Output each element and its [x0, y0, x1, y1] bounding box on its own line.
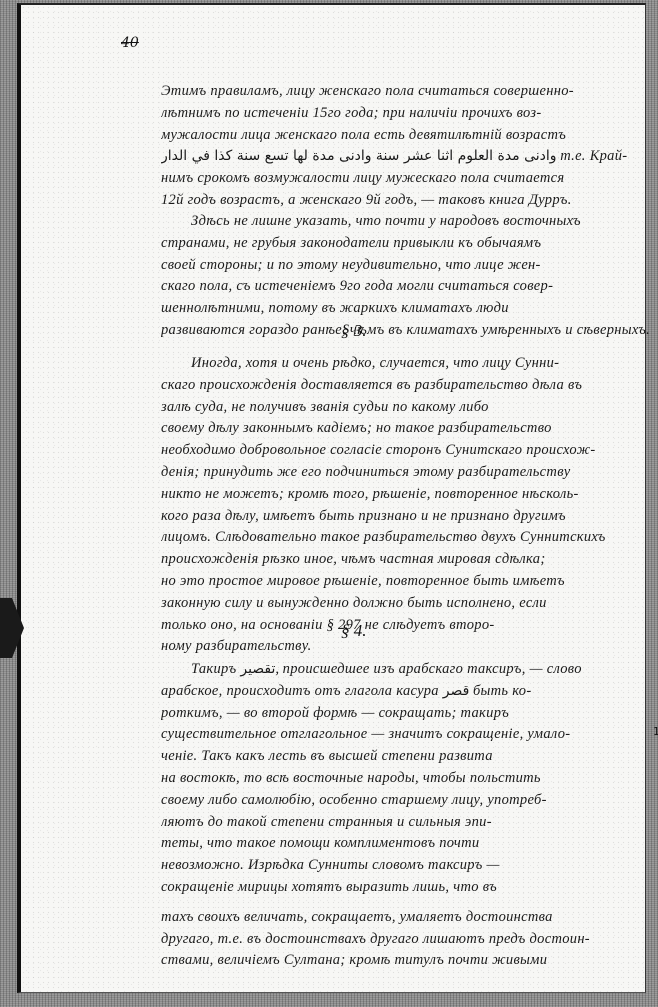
- text-fragment: Такиръ: [191, 661, 236, 677]
- text-line: нимъ срокомъ возмужалости лицу мужескаго…: [161, 168, 651, 190]
- text-line: залѣ суда, не получивъ званія судьи по к…: [161, 397, 651, 419]
- text-line: существительное отглагольное — значитъ с…: [161, 724, 651, 746]
- text-line: законную силу и вынужденно должно быть и…: [161, 593, 651, 615]
- text-line: Такиръ تقصير, происшедшее изъ арабскаго …: [161, 659, 651, 681]
- page-number: 40: [121, 35, 139, 51]
- text-line: другаго, т.е. въ достоинствахъ другаго л…: [161, 929, 651, 951]
- text-line: кого раза дѣлу, имѣетъ быть признано и н…: [161, 506, 651, 528]
- text-line: своему либо самолюбію, особенно старшему…: [161, 790, 651, 812]
- text-line: денія; принудить же его подчиниться этом…: [161, 462, 651, 484]
- section-4-body: Такиръ تقصير, происшедшее изъ арабскаго …: [161, 659, 651, 972]
- text-fragment: арабское, происходитъ отъ глагола касура: [161, 683, 439, 699]
- text-line: лѣтнимъ по истеченіи 15го года; при нали…: [161, 103, 651, 125]
- text-fragment: , происшедшее изъ арабскаго таксиръ, — с…: [275, 661, 581, 677]
- text-line: 12й годъ возрастъ, а женскаго 9й годъ, —…: [161, 190, 651, 212]
- section-3-body: Иногда, хотя и очень рѣдко, случается, ч…: [161, 353, 651, 658]
- section-3-heading: § 3.: [341, 321, 367, 341]
- arabic-quote-line: وادنى مدة العلوم اثنا عشر سنة وادنى مدة …: [161, 146, 651, 168]
- text-line: своему дѣлу законнымъ кадіемъ; но такое …: [161, 418, 651, 440]
- text-line: странами, не грубыя законодатели привыкл…: [161, 233, 651, 255]
- text-line: развиваются гораздо ранѣе, чѣмъ въ клима…: [161, 320, 651, 342]
- text-line: невозможно. Изрѣдка Сунниты словомъ такс…: [161, 855, 651, 877]
- arabic-word: قصر: [443, 683, 470, 699]
- text-line: тахъ своихъ величать, сокращаетъ, умаляе…: [161, 907, 651, 929]
- text-line: мужалости лица женскаго пола есть девяти…: [161, 125, 651, 147]
- text-line: но это простое мировое рѣшеніе, повторен…: [161, 571, 651, 593]
- text-line: сокращеніе мирицы хотятъ выразить лишь, …: [161, 877, 651, 899]
- text-fragment: быть ко-: [469, 683, 531, 699]
- text-line: шеннолѣтними, потому въ жаркихъ климатах…: [161, 298, 651, 320]
- text-line: Этимъ правиламъ, лицу женскаго пола счит…: [161, 81, 651, 103]
- text-line: ному разбирательству.: [161, 636, 651, 658]
- text-line: своей стороны; и по этому неудивительно,…: [161, 255, 651, 277]
- text-line: никто не можетъ; кромѣ того, рѣшеніе, по…: [161, 484, 651, 506]
- text-line: ляютъ до такой степени странныя и сильны…: [161, 812, 651, 834]
- text-line: Иногда, хотя и очень рѣдко, случается, ч…: [161, 353, 651, 375]
- margin-mark: 10: [653, 725, 658, 738]
- text-line: лицомъ. Слѣдовательно такое разбирательс…: [161, 527, 651, 549]
- text-line: скаго происхожденія доставляется въ разб…: [161, 375, 651, 397]
- section-4-heading: § 4.: [341, 621, 367, 641]
- text-line: необходимо добровольное согласіе сторонъ…: [161, 440, 651, 462]
- text-fragment: т.е.: [560, 148, 586, 164]
- text-line: теты, что такое помощи комплиментовъ поч…: [161, 833, 651, 855]
- text-line: происхожденія рѣзко иное, чѣмъ частная м…: [161, 549, 651, 571]
- manuscript-page: 40 10 Этимъ правиламъ, лицу женскаго пол…: [17, 3, 646, 993]
- paragraph-1: Этимъ правиламъ, лицу женскаго пола счит…: [161, 81, 651, 212]
- text-fragment: Край-: [590, 148, 628, 164]
- text-line: ствами, величіемъ Султана; кромѣ титулъ …: [161, 950, 651, 972]
- text-line: на востокѣ, то всѣ восточные народы, что…: [161, 768, 651, 790]
- text-line: только оно, на основаніи § 297 не слѣдуе…: [161, 615, 651, 637]
- arabic-word: تقصير: [240, 661, 275, 677]
- text-line: Здѣсь не лишне указать, что почти у наро…: [161, 211, 651, 233]
- text-line: ченіе. Такъ какъ лесть въ высшей степени…: [161, 746, 651, 768]
- text-line: роткимъ, — во второй формѣ — сокращать; …: [161, 703, 651, 725]
- arabic-quote: وادنى مدة العلوم اثنا عشر سنة وادنى مدة …: [161, 148, 557, 164]
- paragraph-2: Здѣсь не лишне указать, что почти у наро…: [161, 211, 651, 342]
- text-line: арабское, происходитъ отъ глагола касура…: [161, 681, 651, 703]
- text-line: скаго пола, съ истеченіемъ 9го года могл…: [161, 276, 651, 298]
